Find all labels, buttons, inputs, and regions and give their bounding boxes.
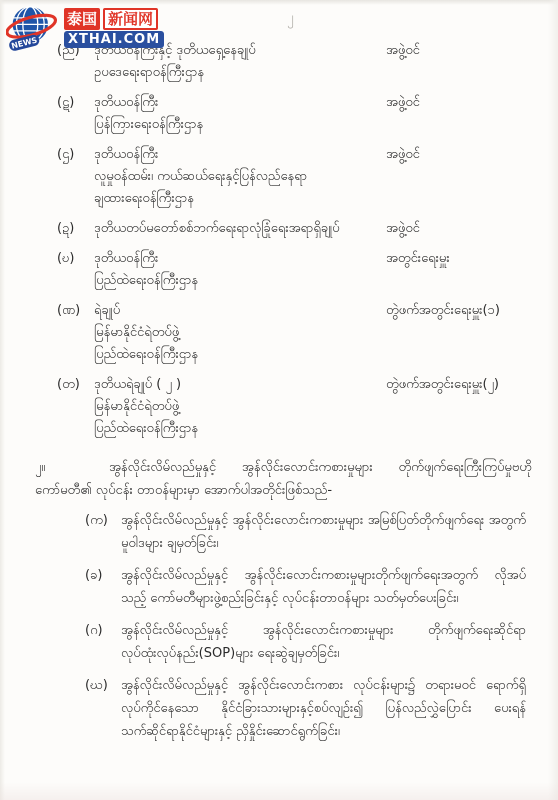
section-number: ၂။ (35, 456, 109, 479)
duty-item: (က) အွန်လိုင်းလိမ်လည်မှုနှင့် အွန်လိုင်း… (85, 509, 526, 555)
document-body: (ည) ဒုတိယဝန်ကြီးနှင့် ဒုတိယရှေ့နေချုပ် ဥ… (0, 40, 558, 752)
duty-index: (ဂ) (85, 619, 121, 642)
member-role: အဖွဲ့ဝင် (382, 40, 536, 62)
logo-cn-newsnet: 新闻网 (103, 8, 158, 30)
scanned-document-page: NEWS 泰国 新闻网 XTHAI.COM ၂ (ည) ဒုတိယဝန်ကြီး… (0, 0, 558, 800)
member-row: (တ) ဒုတိယရဲချုပ် ( ၂ ) မြန်မာနိုင်ငံရဲတပ… (57, 374, 536, 440)
duty-text: အွန်လိုင်းလိမ်လည်မှုနှင့် အွန်လိုင်းလောင… (121, 564, 526, 610)
duty-item: (ခ) အွန်လိုင်းလိမ်လည်မှုနှင့် အွန်လိုင်း… (85, 564, 526, 610)
member-title: ရဲချုပ် (94, 303, 120, 318)
member-role: အဖွဲ့ဝင် (382, 144, 536, 166)
logo-text-block: 泰国 新闻网 XTHAI.COM (64, 8, 164, 48)
member-index: (ဏ) (57, 300, 94, 322)
section-duties: ၂။အွန်လိုင်းလိမ်လည်မှုနှင့် အွန်လိုင်းလေ… (35, 456, 536, 743)
duty-item: (ဃ) အွန်လိုင်းလိမ်လည်မှုနှင့် အွန်လိုင်း… (85, 674, 526, 743)
member-dept: ပြည်ထဲရေးဝန်ကြီးဌာန (94, 344, 382, 366)
member-title: ဒုတိယဝန်ကြီး (94, 95, 158, 110)
duty-index: (က) (85, 509, 121, 532)
duty-index: (ခ) (85, 564, 121, 587)
section-intro-text: အွန်လိုင်းလိမ်လည်မှုနှင့် အွန်လိုင်းလောင… (35, 460, 532, 498)
duty-text: အွန်လိုင်းလိမ်လည်မှုနှင့် အွန်လိုင်းလောင… (121, 509, 526, 555)
member-dept: လူမှုဝန်ထမ်း၊ ကယ်ဆယ်ရေးနှင့်ပြန်လည်နေရာ (94, 166, 382, 188)
member-dept: ပြည်ထဲရေးဝန်ကြီးဌာန (94, 418, 382, 440)
member-index: (ဌ) (57, 144, 94, 166)
member-title: ဒုတိယတပ်မတော်စစ်ဘက်ရေးရာလုံခြုံရေးအရာရှိ… (94, 221, 339, 236)
member-row: (ဎ) ဒုတိယဝန်ကြီး ပြည်ထဲရေးဝန်ကြီးဌာန အတွ… (57, 248, 536, 292)
member-dept: ဥပဒေရေးရာဝန်ကြီးဌာန (94, 62, 382, 84)
member-index: (ဎ) (57, 248, 94, 270)
member-role: အဖွဲ့ဝင် (382, 92, 536, 114)
duty-index: (ဃ) (85, 674, 121, 697)
member-dept: ပြည်ထဲရေးဝန်ကြီးဌာန (94, 270, 382, 292)
member-title: ဒုတိယဝန်ကြီး (94, 251, 158, 266)
page-number: ၂ (287, 8, 294, 29)
member-row: (ဏ) ရဲချုပ် မြန်မာနိုင်ငံရဲတပ်ဖွဲ့ ပြည်ထ… (57, 300, 536, 366)
member-role: အဖွဲ့ဝင် (382, 218, 536, 240)
member-row: (ဍ) ဒုတိယတပ်မတော်စစ်ဘက်ရေးရာလုံခြုံရေးအရ… (57, 218, 536, 240)
section-intro: ၂။အွန်လိုင်းလိမ်လည်မှုနှင့် အွန်လိုင်းလေ… (35, 456, 532, 502)
logo-domain-label: XTHAI.COM (64, 31, 164, 48)
member-role: တွဲဖက်အတွင်းရေးမှူး(၁) (382, 300, 536, 322)
globe-news-icon: NEWS (6, 3, 62, 55)
member-row: (ဋ) ဒုတိယဝန်ကြီး ပြန်ကြားရေးဝန်ကြီးဌာန အ… (57, 92, 536, 136)
xthai-news-logo[interactable]: NEWS 泰国 新闻网 XTHAI.COM (6, 3, 164, 55)
member-dept: မြန်မာနိုင်ငံရဲတပ်ဖွဲ့ (94, 322, 382, 344)
member-dept: ချထားရေးဝန်ကြီးဌာန (94, 188, 382, 210)
duty-text: အွန်လိုင်းလိမ်လည်မှုနှင့် အွန်လိုင်းလောင… (121, 674, 526, 743)
member-role: အတွင်းရေးမှူး (382, 248, 536, 270)
member-row: (ဌ) ဒုတိယဝန်ကြီး လူမှုဝန်ထမ်း၊ ကယ်ဆယ်ရေး… (57, 144, 536, 210)
duty-item: (ဂ) အွန်လိုင်းလိမ်လည်မှုနှင့် အွန်လိုင်း… (85, 619, 526, 665)
member-index: (ဋ) (57, 92, 94, 114)
member-dept: မြန်မာနိုင်ငံရဲတပ်ဖွဲ့ (94, 396, 382, 418)
logo-cn-thailand: 泰国 (64, 8, 100, 30)
duty-text: အွန်လိုင်းလိမ်လည်မှုနှင့် အွန်လိုင်းလောင… (121, 619, 526, 665)
member-title: ဒုတိယဝန်ကြီး (94, 147, 158, 162)
scan-edge-bottom (0, 782, 558, 800)
member-index: (တ) (57, 374, 94, 396)
member-title: ဒုတိယရဲချုပ် ( ၂ ) (94, 377, 181, 392)
member-role: တွဲဖက်အတွင်းရေးမှူး(၂) (382, 374, 536, 396)
member-index: (ဍ) (57, 218, 94, 240)
member-dept: ပြန်ကြားရေးဝန်ကြီးဌာန (94, 114, 382, 136)
